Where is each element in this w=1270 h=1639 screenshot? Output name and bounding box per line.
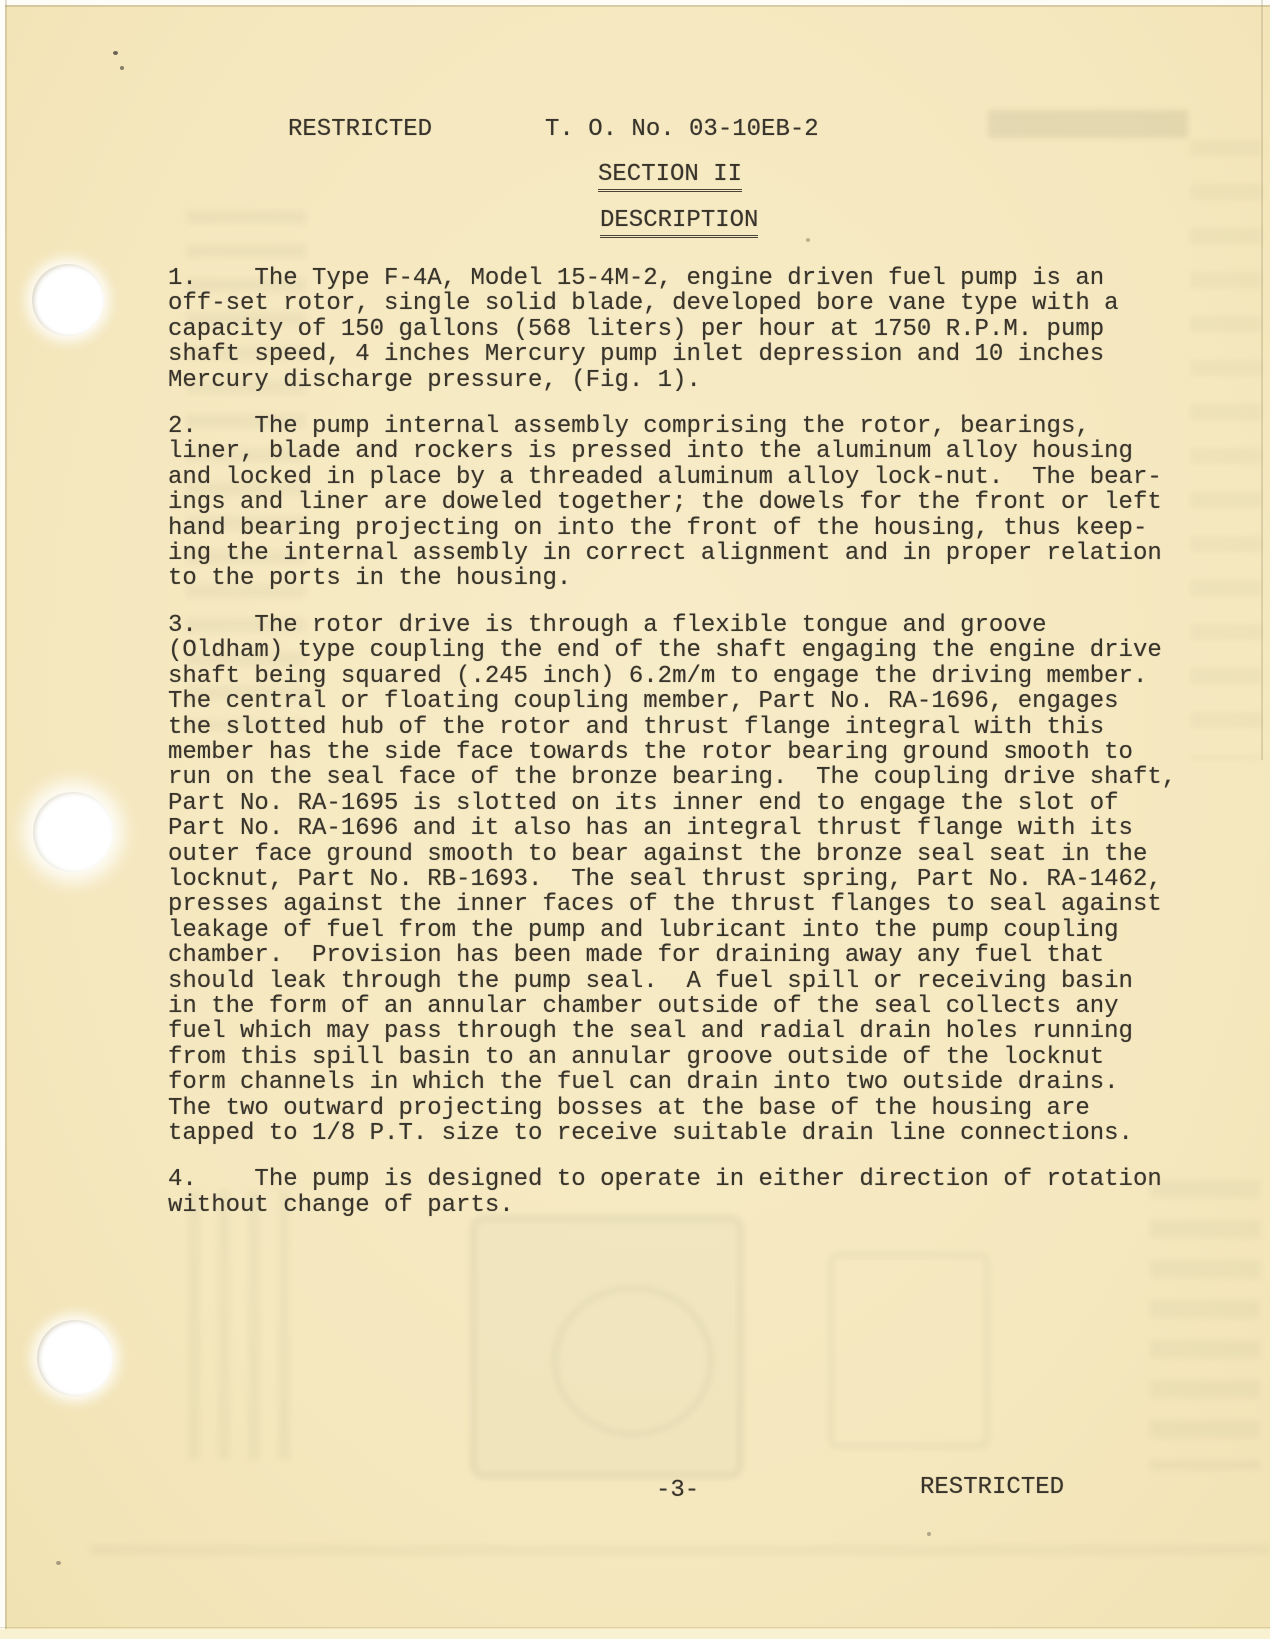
scan-speck xyxy=(927,1532,931,1536)
section-title: SECTION II xyxy=(598,162,742,192)
scan-edge-bottom-line xyxy=(0,1627,1270,1628)
bleed-through-figure-right xyxy=(828,1252,990,1449)
bleed-through-figure-outline xyxy=(470,1215,744,1479)
paragraph-4: 4. The pump is designed to operate in ei… xyxy=(168,1167,1176,1218)
bleed-through-figure-circle xyxy=(552,1285,714,1437)
punch-hole-bottom xyxy=(37,1320,113,1396)
document-body: 1. The Type F-4A, Model 15-4M-2, engine … xyxy=(168,266,1176,1239)
punch-hole-middle xyxy=(33,792,113,872)
paragraph-2: 2. The pump internal assembly comprising… xyxy=(168,414,1176,592)
scan-edge-right-line xyxy=(1261,0,1263,760)
scan-speck xyxy=(120,66,124,70)
scan-edge-left-line xyxy=(5,0,7,1639)
bleed-through-bottom-band xyxy=(90,1545,1270,1555)
scan-speck xyxy=(806,238,810,242)
header-classification: RESTRICTED xyxy=(288,117,432,142)
scan-edge-bottom xyxy=(0,1629,1270,1639)
technical-order-number: T. O. No. 03-10EB-2 xyxy=(545,117,819,142)
footer-classification: RESTRICTED xyxy=(920,1475,1064,1500)
scan-edge-top-line xyxy=(0,5,1270,7)
section-subtitle: DESCRIPTION xyxy=(600,208,758,238)
scan-speck xyxy=(113,51,118,55)
scan-speck xyxy=(56,1561,61,1565)
paragraph-1: 1. The Type F-4A, Model 15-4M-2, engine … xyxy=(168,266,1176,393)
paragraph-3: 3. The rotor drive is through a flexible… xyxy=(168,613,1176,1147)
bleed-through-right-column xyxy=(1190,140,1262,760)
page-number: -3- xyxy=(656,1478,699,1503)
bleed-through-restricted-stamp xyxy=(988,110,1188,138)
punch-hole-top xyxy=(32,264,104,336)
scanned-document-page: RESTRICTED T. O. No. 03-10EB-2 SECTION I… xyxy=(0,0,1270,1639)
